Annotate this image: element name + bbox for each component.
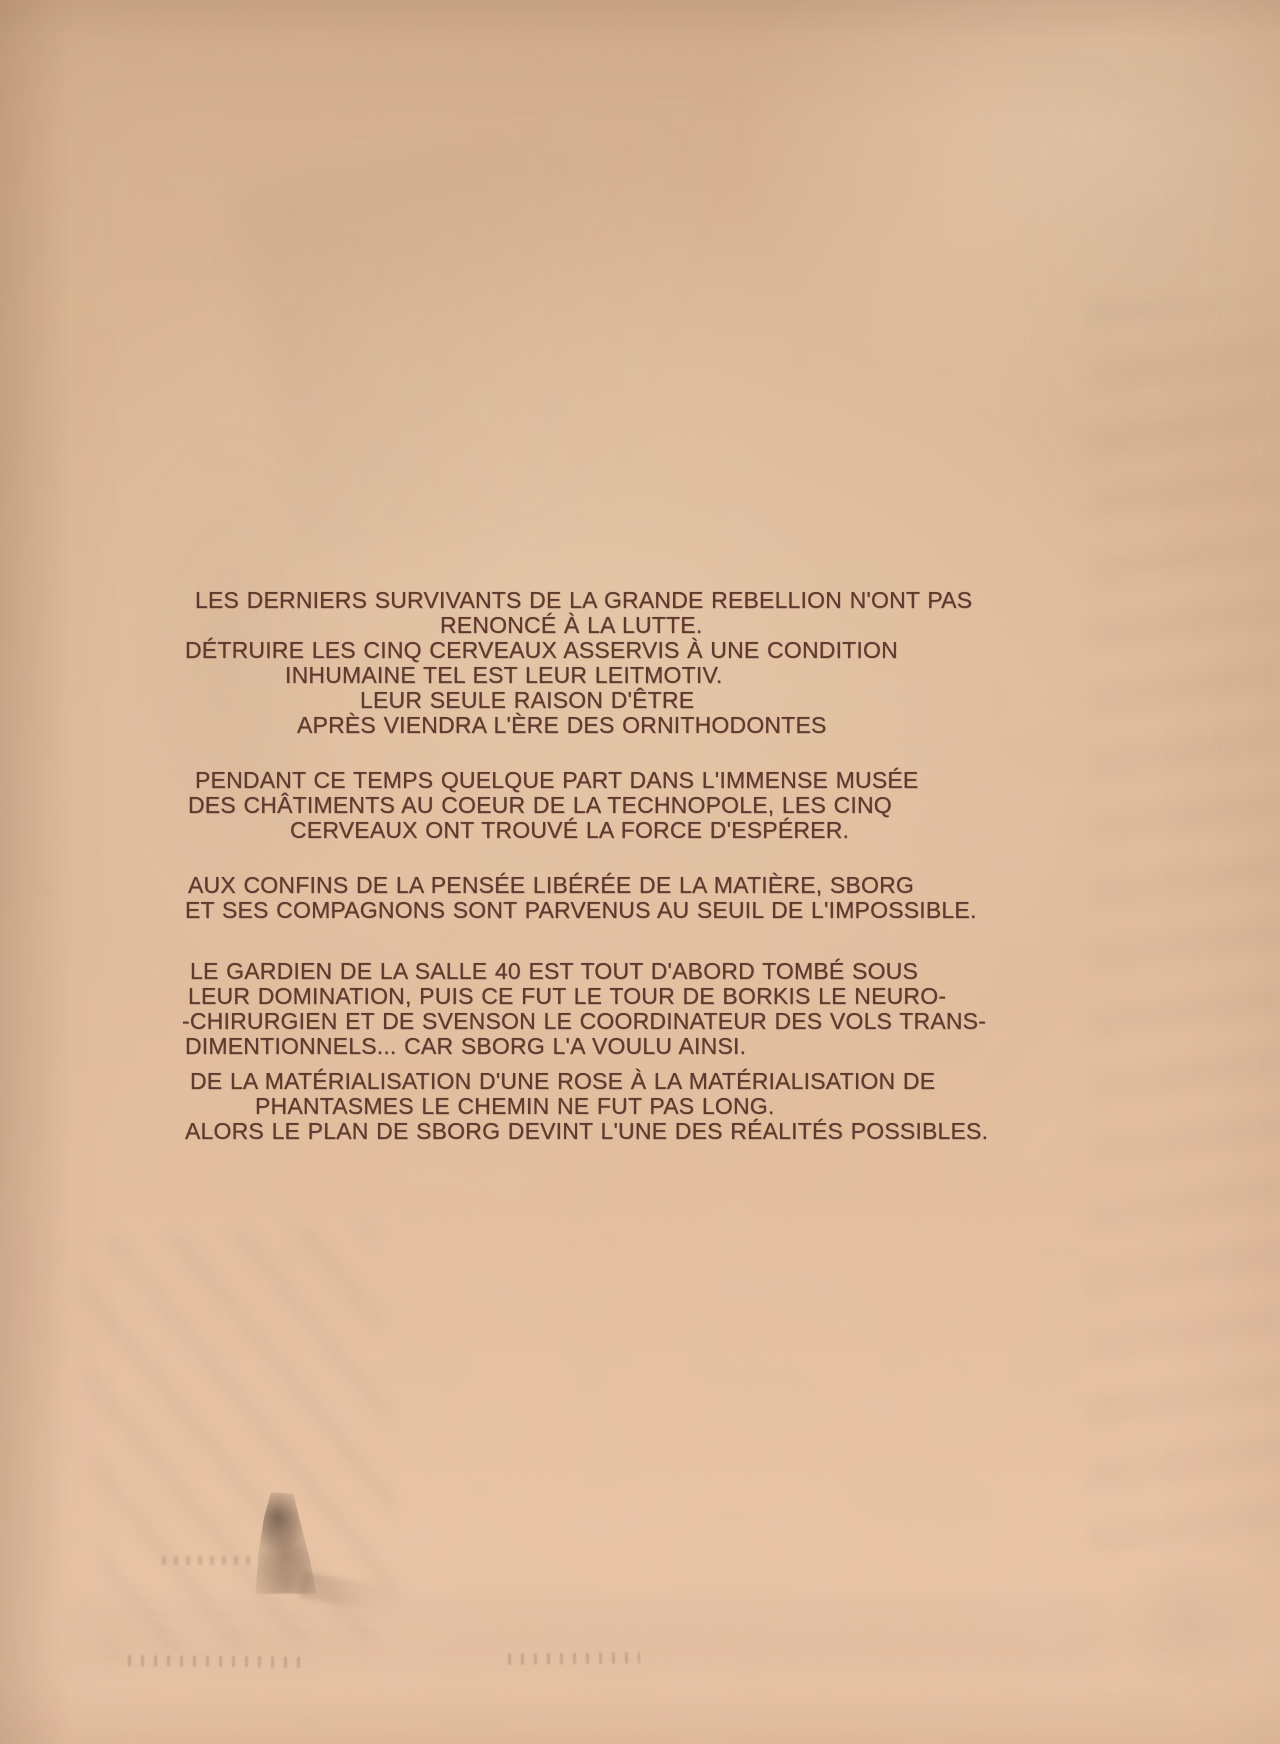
text-line: PENDANT CE TEMPS QUELQUE PART DANS L'IMM… xyxy=(195,768,1015,793)
text-line: LES DERNIERS SURVIVANTS DE LA GRANDE REB… xyxy=(195,588,1015,613)
text-line: LEUR DOMINATION, PUIS CE FUT LE TOUR DE … xyxy=(188,984,1015,1009)
text-line: LEUR SEULE RAISON D'ÊTRE xyxy=(360,688,1015,713)
text-line: ALORS LE PLAN DE SBORG DEVINT L'UNE DES … xyxy=(185,1119,1015,1144)
text-line: ET SES COMPAGNONS SONT PARVENUS AU SEUIL… xyxy=(185,898,1015,923)
text-line: INHUMAINE TEL EST LEUR LEITMOTIV. xyxy=(285,663,1015,688)
ink-smudge-tail xyxy=(299,1572,422,1618)
paragraph: AUX CONFINS DE LA PENSÉE LIBÉRÉE DE LA M… xyxy=(185,873,1015,923)
text-line: DÉTRUIRE LES CINQ CERVEAUX ASSERVIS À UN… xyxy=(185,638,1015,663)
ink-smudge xyxy=(250,1492,320,1594)
text-line: DES CHÂTIMENTS AU COEUR DE LA TECHNOPOLE… xyxy=(188,793,1015,818)
show-through-ghost xyxy=(980,60,1260,580)
show-through-ghost xyxy=(231,98,809,563)
text-line: RENONCÉ À LA LUTTE. xyxy=(440,613,1015,638)
paragraph: LES DERNIERS SURVIVANTS DE LA GRANDE REB… xyxy=(185,588,1015,738)
show-through-ghost xyxy=(1100,1560,1270,1690)
paragraph: LE GARDIEN DE LA SALLE 40 EST TOUT D'ABO… xyxy=(185,959,1015,1059)
recap-text-block: LES DERNIERS SURVIVANTS DE LA GRANDE REB… xyxy=(185,588,1015,1144)
scanned-page: LES DERNIERS SURVIVANTS DE LA GRANDE REB… xyxy=(0,0,1280,1744)
show-through-marks xyxy=(128,1655,310,1668)
text-line: DIMENTIONNELS... CAR SBORG L'A VOULU AIN… xyxy=(185,1034,1015,1059)
show-through-ghost xyxy=(76,1220,405,1660)
text-line: APRÈS VIENDRA L'ÈRE DES ORNITHODONTES xyxy=(297,713,1015,738)
show-through-marks xyxy=(508,1652,640,1664)
paragraph: PENDANT CE TEMPS QUELQUE PART DANS L'IMM… xyxy=(185,768,1015,843)
text-line: AUX CONFINS DE LA PENSÉE LIBÉRÉE DE LA M… xyxy=(188,873,1015,898)
ink-smudge-dots xyxy=(162,1556,258,1565)
text-line: CERVEAUX ONT TROUVÉ LA FORCE D'ESPÉRER. xyxy=(290,818,1015,843)
text-line: PHANTASMES LE CHEMIN NE FUT PAS LONG. xyxy=(255,1094,1015,1119)
text-line: LE GARDIEN DE LA SALLE 40 EST TOUT D'ABO… xyxy=(190,959,1015,984)
show-through-ghost xyxy=(1090,300,1280,1550)
text-line: -CHIRURGIEN ET DE SVENSON LE COORDINATEU… xyxy=(182,1009,1015,1034)
show-through-ghost xyxy=(70,1598,1110,1670)
text-line: DE LA MATÉRIALISATION D'UNE ROSE À LA MA… xyxy=(190,1069,1015,1094)
paragraph: DE LA MATÉRIALISATION D'UNE ROSE À LA MA… xyxy=(185,1069,1015,1144)
